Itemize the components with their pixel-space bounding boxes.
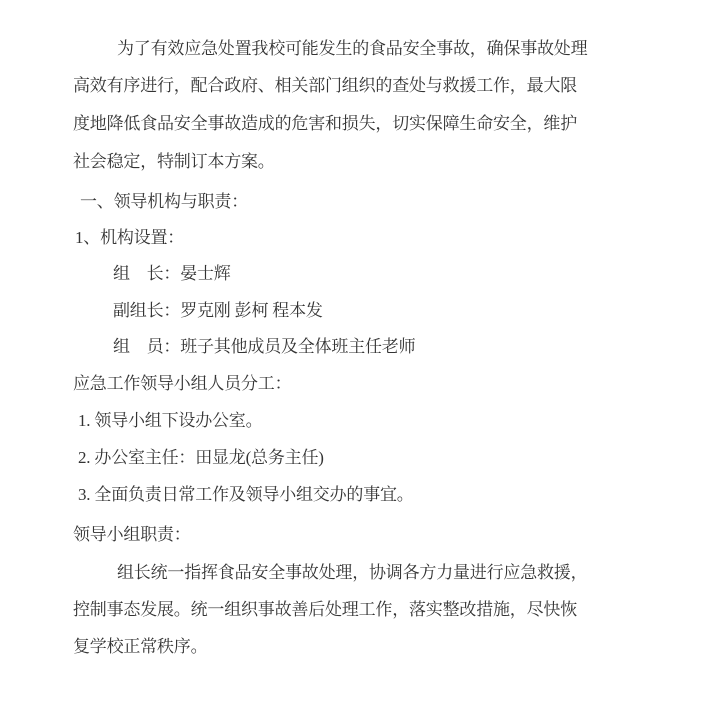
deputy-leaders-line: 副组长：罗克刚 彭柯 程本发	[73, 300, 628, 321]
intro-paragraph-line-1: 为了有效应急处置我校可能发生的食品安全事故，确保事故处理	[73, 38, 632, 59]
subsection-heading: 1、机构设置：	[73, 227, 590, 248]
section-heading: 一、领导机构与职责：	[73, 191, 595, 212]
duties-heading: 领导小组职责：	[73, 524, 588, 545]
numbered-item-1: 1. 领导小组下设办公室。	[73, 410, 593, 431]
intro-paragraph-line-4: 社会稳定，特制订本方案。	[73, 151, 588, 172]
group-members-line: 组 员：班子其他成员及全体班主任老师	[73, 336, 628, 357]
duties-paragraph-line-2: 控制事态发展。统一组织事故善后处理工作，落实整改措施，尽快恢	[73, 599, 588, 620]
numbered-item-2: 2. 办公室主任：田显龙(总务主任)	[73, 447, 593, 468]
group-leader-line: 组 长：晏士辉	[73, 263, 628, 284]
intro-paragraph-line-3: 度地降低食品安全事故造成的危害和损失，切实保障生命安全，维护	[73, 113, 588, 134]
document-page: 为了有效应急处置我校可能发生的食品安全事故，确保事故处理 高效有序进行，配合政府…	[0, 0, 708, 717]
duties-paragraph-line-1: 组长统一指挥食品安全事故处理，协调各方力量进行应急救援，	[73, 562, 632, 583]
numbered-item-3: 3. 全面负责日常工作及领导小组交办的事宜。	[73, 484, 593, 505]
duties-paragraph-line-3: 复学校正常秩序。	[73, 636, 588, 657]
division-heading: 应急工作领导小组人员分工：	[73, 373, 588, 394]
intro-paragraph-line-2: 高效有序进行，配合政府、相关部门组织的查处与救援工作，最大限	[73, 75, 588, 96]
